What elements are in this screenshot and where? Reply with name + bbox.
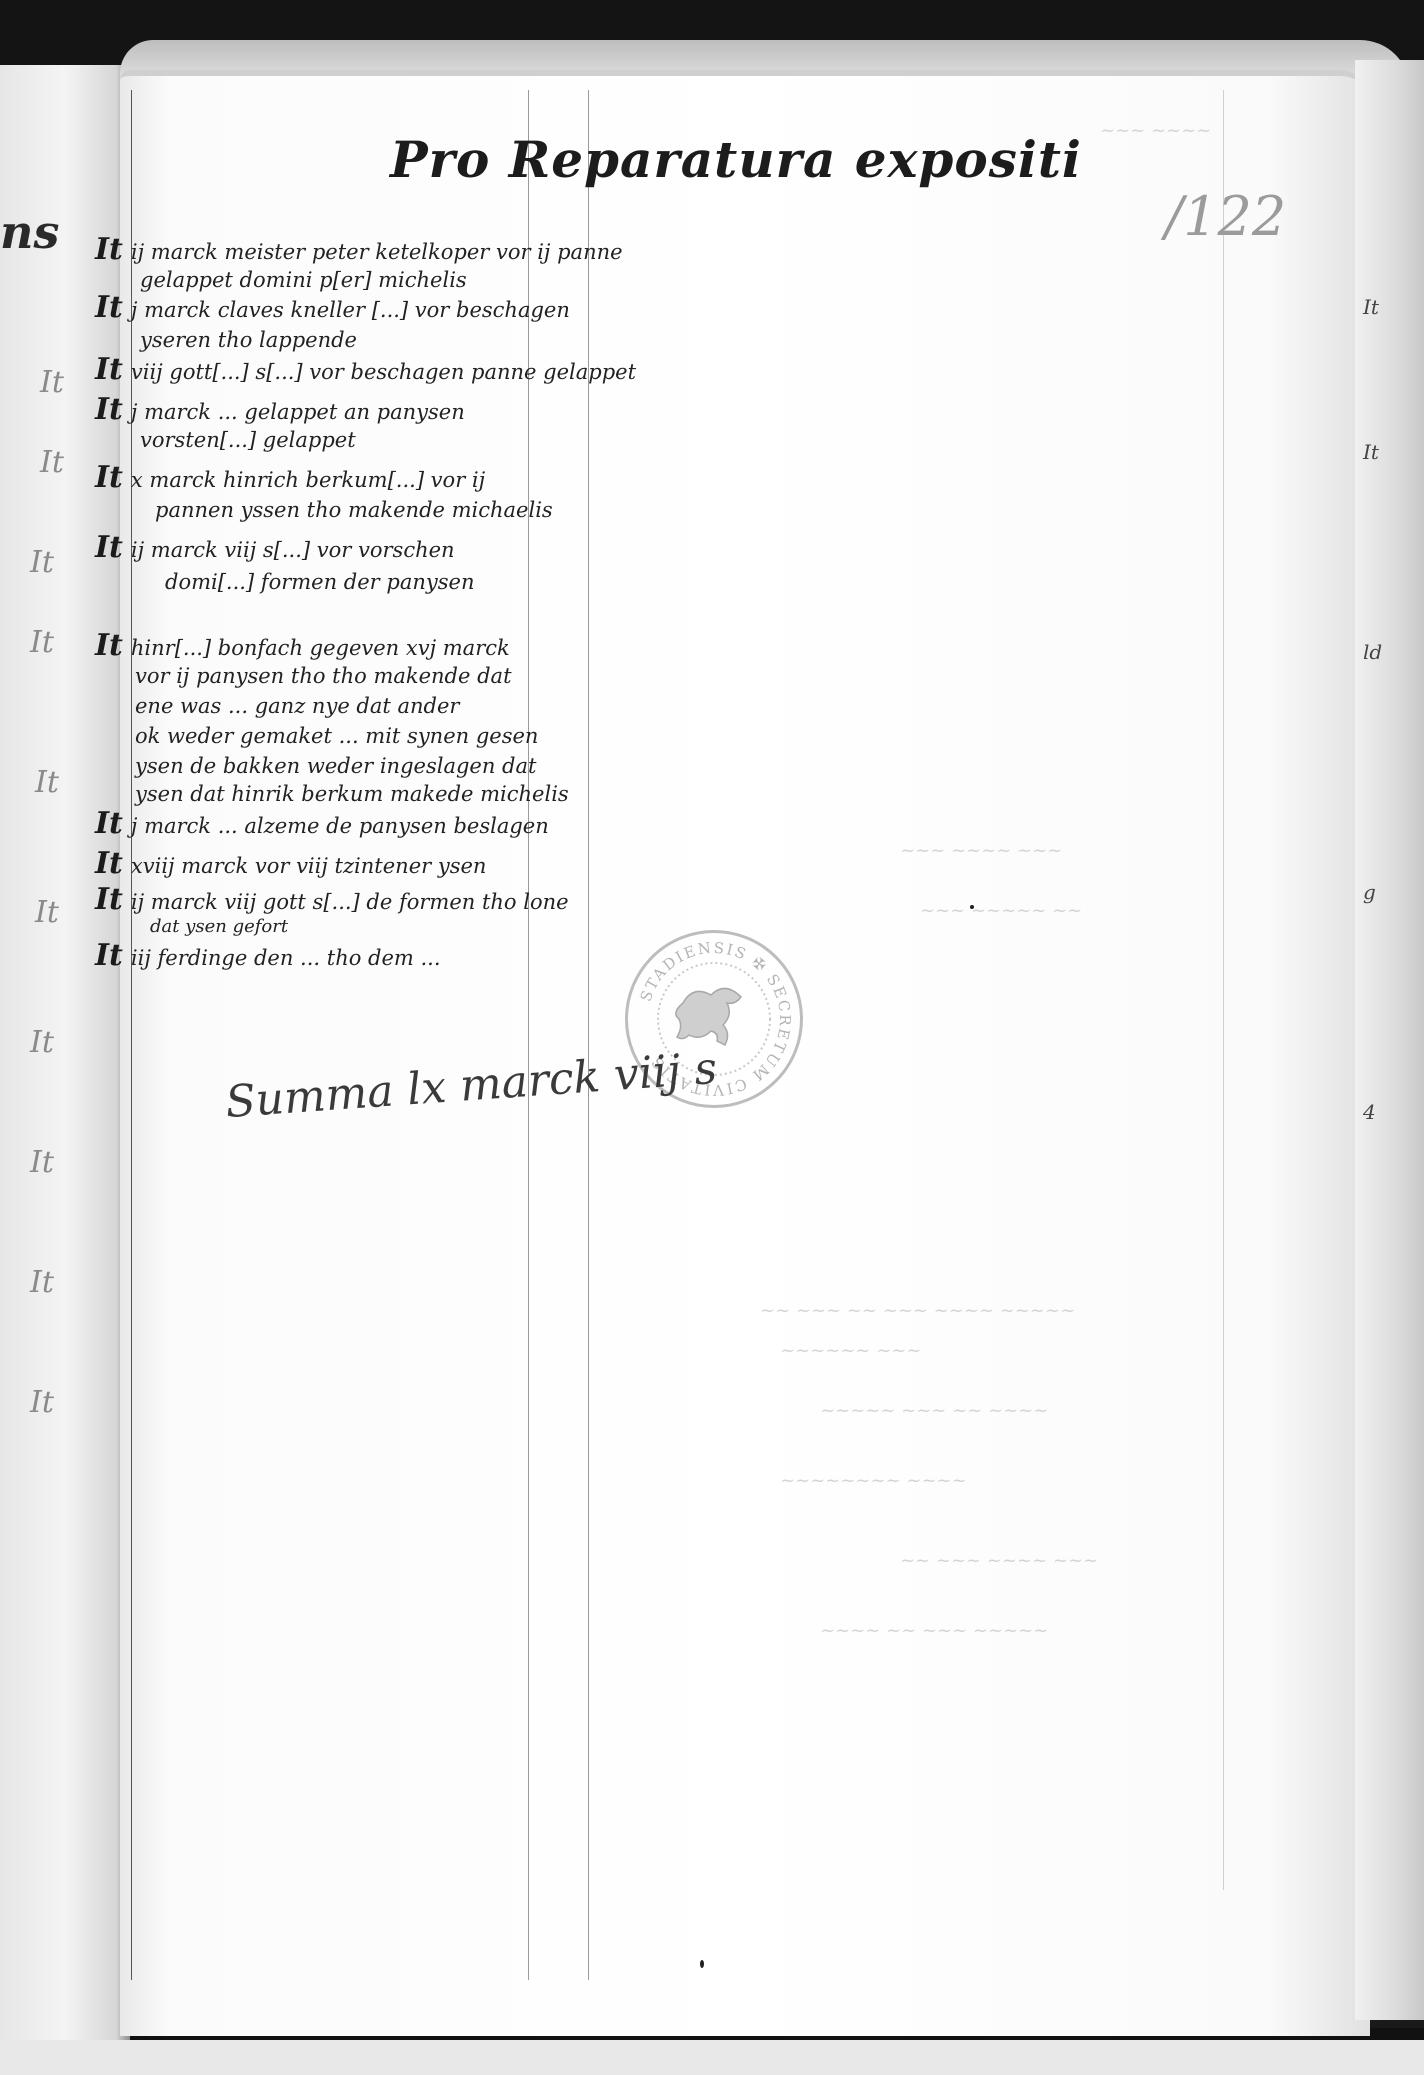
right-page-edge: It It ld g 4 [1355,60,1424,2020]
previous-page-marker: It [30,1385,54,1420]
entry-line: pannen yssen tho makende michaelis [155,498,553,522]
previous-page-marker: It [35,765,59,800]
entry-line: vorsten[...] gelappet [140,428,356,452]
entry-text: ene was ... ganz nye dat ander [135,694,459,718]
entry-line: ysen de bakken weder ingeslagen dat [135,754,536,778]
bleed-through-text: ~~ ~~~ ~~ ~~~ ~~~~ ~~~~~ [760,1300,1075,1321]
entry-text: xviij marck vor viij tzintener ysen [131,854,487,878]
entry-line: Ithinr[...] bonfach gegeven xvj marck [95,628,510,663]
bleed-through-text: ~~ ~~~ ~~~~ ~~~ [900,1550,1098,1571]
entry-line: Itiij ferdinge den ... tho dem ... [95,938,441,973]
previous-page-marker: It [30,625,54,660]
bleed-through-text: ~~~ ~~~~ [1100,120,1211,141]
entry-line: ok weder gemaket ... mit synen gesen [135,724,538,748]
entry-line: yseren tho lappende [140,328,357,352]
page-heading: Pro Reparatura expositi [390,130,1082,189]
edge-note: g [1363,880,1376,904]
entry-text: hinr[...] bonfach gegeven xvj marck [131,636,510,660]
previous-page-marker: It [30,1265,54,1300]
previous-page-marker: It [30,545,54,580]
entry-line: Itij marck viij s[...] vor vorschen [95,530,455,565]
entry-line: Itj marck ... alzeme de panysen beslagen [95,806,549,841]
item-marker: It [95,232,123,267]
entry-text: yseren tho lappende [140,328,357,352]
ink-speck [700,1960,704,1968]
entry-line: Itij marck viij gott s[...] de formen th… [95,882,569,917]
bleed-through-text: ~~~~ ~~ ~~~ ~~~~~ [820,1620,1048,1641]
edge-note: 4 [1363,1100,1376,1124]
entry-text: x marck hinrich berkum[...] vor ij [131,468,485,492]
entry-line: ene was ... ganz nye dat ander [135,694,459,718]
previous-page-marker: It [35,895,59,930]
entry-text: iij ferdinge den ... tho dem ... [131,946,441,970]
entry-line: domi[...] formen der panysen [165,570,474,594]
item-marker: It [95,352,123,387]
entry-text: gelappet domini p[er] michelis [140,268,467,292]
entry-text: ij marck viij gott s[...] de formen tho … [131,890,569,914]
entry-text: ysen de bakken weder ingeslagen dat [135,754,536,778]
item-marker: It [95,628,123,663]
ruled-line-right-margin [1223,90,1224,1890]
entry-line: dat ysen gefort [150,916,288,937]
item-marker: It [95,460,123,495]
folio-number: /122 [1165,185,1286,248]
bleed-through-text: ~~~~~~~~ ~~~~ [780,1470,967,1491]
entry-line: vor ij panysen tho tho makende dat [135,664,512,688]
entry-line: Itx marck hinrich berkum[...] vor ij [95,460,485,495]
item-marker: It [95,882,123,917]
entry-line: Itj marck claves kneller [...] vor besch… [95,290,570,325]
item-marker: It [95,392,123,427]
edge-note: ld [1363,640,1382,664]
previous-page-marker: It [40,365,64,400]
entry-line: Itviij gott[...] s[...] vor beschagen pa… [95,352,636,387]
ink-speck [970,905,974,909]
entry-line: gelappet domini p[er] michelis [140,268,467,292]
entry-line: Itxviij marck vor viij tzintener ysen [95,846,486,881]
entry-text: ok weder gemaket ... mit synen gesen [135,724,538,748]
entry-text: pannen yssen tho makende michaelis [155,498,553,522]
item-marker: It [95,938,123,973]
entry-text: ysen dat hinrik berkum makede michelis [135,782,569,806]
entry-text: domi[...] formen der panysen [165,570,474,594]
entry-line: Itij marck meister peter ketelkoper vor … [95,232,623,267]
entry-text: j marck ... alzeme de panysen beslagen [131,814,549,838]
entry-text: viij gott[...] s[...] vor beschagen pann… [131,360,636,384]
bleed-through-text: ~~~ ~~~~ ~~~ [900,840,1062,861]
previous-page-marker: It [30,1025,54,1060]
entry-line: ysen dat hinrik berkum makede michelis [135,782,569,806]
edge-note: It [1363,440,1379,464]
bleed-through-text: ~~~~~ ~~~ ~~ ~~~~ [820,1400,1048,1421]
item-marker: It [95,806,123,841]
folio-number-value: 122 [1183,185,1286,248]
previous-page-marker: It [30,1145,54,1180]
previous-page-marker: It [40,445,64,480]
edge-note: It [1363,295,1379,319]
entry-text: j marck ... gelappet an panysen [131,400,465,424]
previous-page-heading-fragment: ns [0,205,59,259]
item-marker: It [95,530,123,565]
entry-text: ij marck viij s[...] vor vorschen [131,538,455,562]
item-marker: It [95,846,123,881]
entry-text: j marck claves kneller [...] vor beschag… [131,298,570,322]
folio-number-slash: / [1165,185,1183,248]
entry-text: dat ysen gefort [150,916,288,937]
scan-background-bottom [0,2040,1424,2075]
bleed-through-text: ~~~ ~~~~~ ~~ [920,900,1082,921]
entry-text: vor ij panysen tho tho makende dat [135,664,512,688]
entry-text: ij marck meister peter ketelkoper vor ij… [131,240,623,264]
bleed-through-text: ~~~~~~ ~~~ [780,1340,921,1361]
entry-line: Itj marck ... gelappet an panysen [95,392,465,427]
entry-text: vorsten[...] gelappet [140,428,356,452]
item-marker: It [95,290,123,325]
